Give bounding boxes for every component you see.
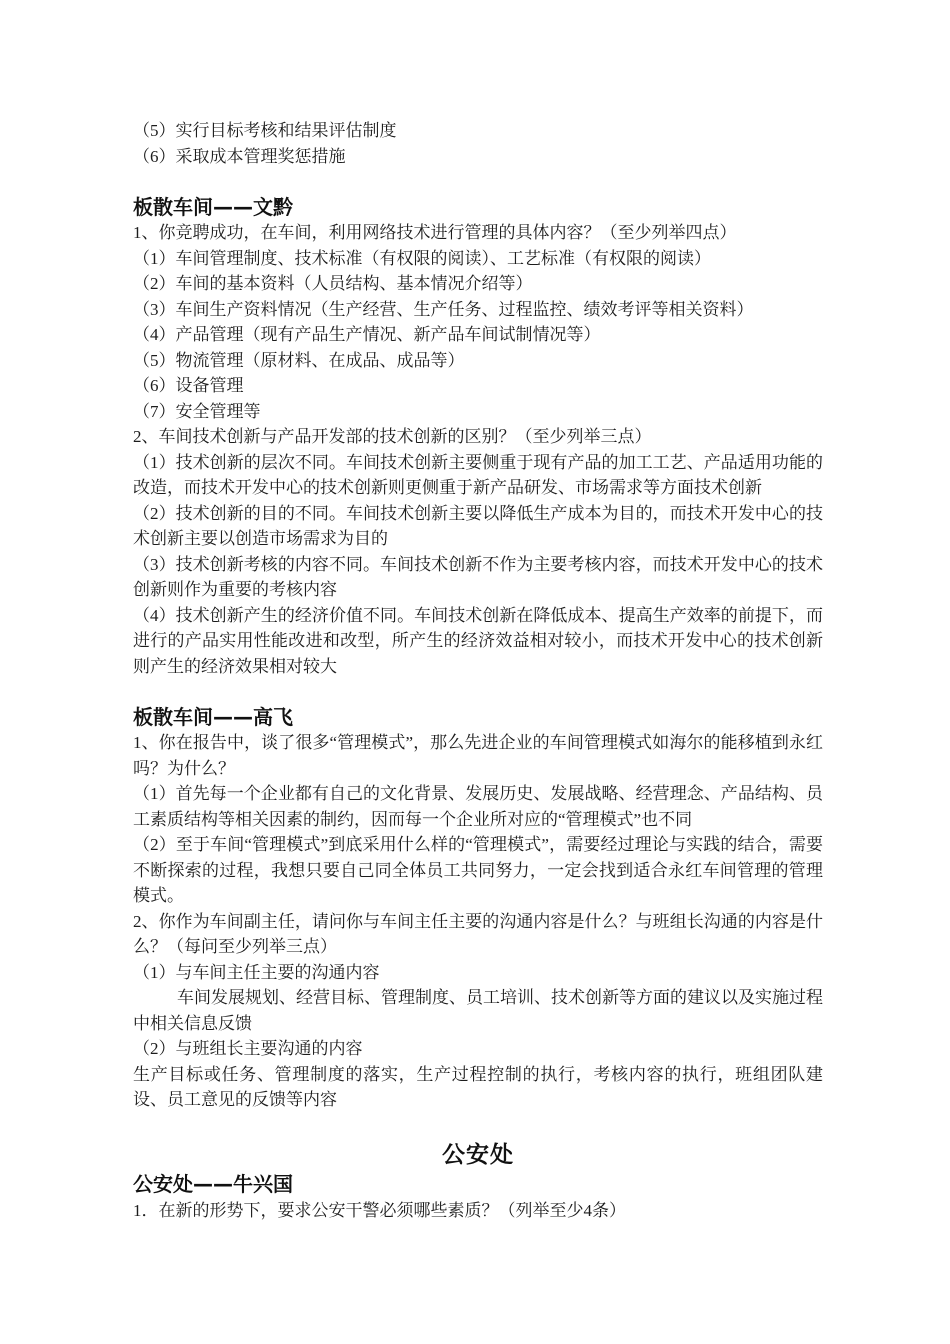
doc-line: 2、车间技术创新与产品开发部的技术创新的区别？（至少列举三点） bbox=[133, 424, 823, 450]
doc-line: （5）物流管理（原材料、在成品、成品等） bbox=[133, 348, 823, 374]
doc-line: （3）车间生产资料情况（生产经营、生产任务、过程监控、绩效考评等相关资料） bbox=[133, 297, 823, 323]
subsection-heading: 板散车间——高飞 bbox=[133, 705, 823, 731]
doc-line: 2、你作为车间副主任，请问你与车间主任主要的沟通内容是什么？与班组长沟通的内容是… bbox=[133, 909, 823, 960]
doc-line: （2）与班组长主要沟通的内容 bbox=[133, 1036, 823, 1062]
doc-line: （1）与车间主任主要的沟通内容 bbox=[133, 960, 823, 986]
doc-line: 生产目标或任务、管理制度的落实，生产过程控制的执行，考核内容的执行，班组团队建设… bbox=[133, 1062, 823, 1113]
doc-line: （3）技术创新考核的内容不同。车间技术创新不作为主要考核内容，而技术开发中心的技… bbox=[133, 552, 823, 603]
subsection-heading: 公安处——牛兴国 bbox=[133, 1172, 823, 1198]
doc-line: 1、你在报告中，谈了很多“管理模式”，那么先进企业的车间管理模式如海尔的能移植到… bbox=[133, 730, 823, 781]
blank-line bbox=[133, 169, 823, 195]
subsection-heading: 板散车间——文黔 bbox=[133, 195, 823, 221]
section-title: 公安处 bbox=[133, 1138, 823, 1172]
blank-line bbox=[133, 1113, 823, 1139]
doc-line: （4）技术创新产生的经济价值不同。车间技术创新在降低成本、提高生产效率的前提下，… bbox=[133, 603, 823, 680]
doc-line: 1．在新的形势下，要求公安干警必须哪些素质？（列举至少4条） bbox=[133, 1198, 823, 1224]
doc-line: （2）至于车间“管理模式”到底采用什么样的“管理模式”，需要经过理论与实践的结合… bbox=[133, 832, 823, 909]
doc-line: （1）首先每一个企业都有自己的文化背景、发展历史、发展战略、经营理念、产品结构、… bbox=[133, 781, 823, 832]
doc-line: （6）设备管理 bbox=[133, 373, 823, 399]
doc-line: （1）技术创新的层次不同。车间技术创新主要侧重于现有产品的加工工艺、产品适用功能… bbox=[133, 450, 823, 501]
doc-line: （4）产品管理（现有产品生产情况、新产品车间试制情况等） bbox=[133, 322, 823, 348]
doc-line: （2）技术创新的目的不同。车间技术创新主要以降低生产成本为目的，而技术开发中心的… bbox=[133, 501, 823, 552]
doc-line: （1）车间管理制度、技术标准（有权限的阅读）、工艺标准（有权限的阅读） bbox=[133, 246, 823, 272]
doc-line: （2）车间的基本资料（人员结构、基本情况介绍等） bbox=[133, 271, 823, 297]
doc-line: （7）安全管理等 bbox=[133, 399, 823, 425]
document-body: （5）实行目标考核和结果评估制度（6）采取成本管理奖惩措施板散车间——文黔1、你… bbox=[133, 118, 823, 1223]
doc-line: 1、你竞聘成功，在车间，利用网络技术进行管理的具体内容？（至少列举四点） bbox=[133, 220, 823, 246]
doc-line: （6）采取成本管理奖惩措施 bbox=[133, 144, 823, 170]
doc-line-indented: 车间发展规划、经营目标、管理制度、员工培训、技术创新等方面的建议以及实施过程中相… bbox=[133, 985, 823, 1036]
doc-line: （5）实行目标考核和结果评估制度 bbox=[133, 118, 823, 144]
blank-line bbox=[133, 679, 823, 705]
document-page: （5）实行目标考核和结果评估制度（6）采取成本管理奖惩措施板散车间——文黔1、你… bbox=[0, 0, 950, 1344]
